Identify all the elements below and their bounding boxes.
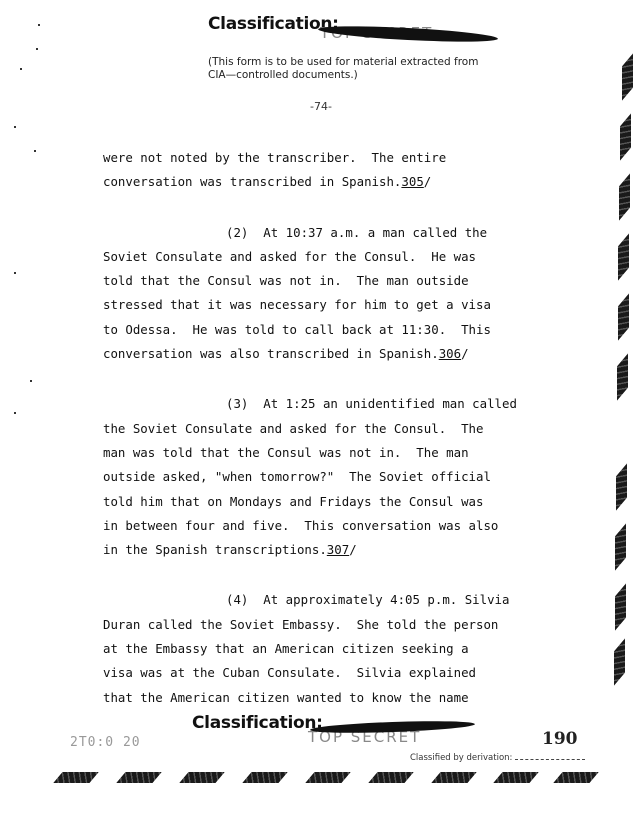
scan-speck [14, 272, 16, 274]
text-line: were not noted by the transcriber. The e… [103, 146, 543, 170]
line-text: the Soviet Consulate and asked for the C… [103, 421, 483, 436]
text-line: told him that on Mondays and Fridays the… [103, 490, 543, 514]
text-line: (4) At approximately 4:05 p.m. Silvia [103, 588, 543, 612]
border-mark [431, 772, 476, 783]
line-text: in between four and five. This conversat… [103, 518, 498, 533]
paragraph-gap [103, 366, 543, 392]
line-text: that the American citizen wanted to know… [103, 690, 469, 705]
line-text: (3) At 1:25 an unidentified man called [226, 396, 517, 411]
text-line: at the Embassy that an American citizen … [103, 637, 543, 661]
line-text: stressed that it was necessary for him t… [103, 297, 491, 312]
border-mark [305, 772, 350, 783]
text-line: Soviet Consulate and asked for the Consu… [103, 245, 543, 269]
line-text: to Odessa. He was told to call back at 1… [103, 322, 491, 337]
border-mark [242, 772, 287, 783]
text-line: man was told that the Consul was not in.… [103, 441, 543, 465]
text-line: told that the Consul was not in. The man… [103, 269, 543, 293]
border-mark [615, 583, 626, 630]
body-text: were not noted by the transcriber. The e… [103, 146, 543, 710]
scan-speck [30, 380, 32, 382]
paragraph: (3) At 1:25 an unidentified man calledth… [103, 392, 543, 562]
border-mark [617, 353, 628, 400]
border-mark [622, 53, 633, 100]
bottom-border-marks [58, 772, 578, 788]
derivation-label: Classified by derivation: [410, 753, 512, 763]
text-line: conversation was also transcribed in Spa… [103, 342, 543, 366]
derivation-blank [515, 759, 585, 760]
paragraph: were not noted by the transcriber. The e… [103, 146, 543, 195]
scan-speck [34, 150, 36, 152]
scan-speck [14, 126, 16, 128]
document-number: 190 [542, 729, 578, 749]
footnote-slash: / [424, 174, 431, 189]
scan-speck [20, 68, 22, 70]
text-line: in the Spanish transcriptions.307/ [103, 538, 543, 562]
footnote-reference: 305 [401, 174, 423, 189]
line-text: (4) At approximately 4:05 p.m. Silvia [226, 592, 509, 607]
border-mark [616, 463, 627, 510]
line-text: man was told that the Consul was not in.… [103, 445, 469, 460]
footnote-slash: / [461, 346, 468, 361]
line-text: visa was at the Cuban Consulate. Silvia … [103, 665, 476, 680]
text-line: stressed that it was necessary for him t… [103, 293, 543, 317]
document-page: Classification: TOP SECRET (This form is… [0, 0, 638, 824]
text-line: to Odessa. He was told to call back at 1… [103, 318, 543, 342]
footnote-slash: / [349, 542, 356, 557]
border-mark [53, 772, 98, 783]
line-text: Soviet Consulate and asked for the Consu… [103, 249, 476, 264]
text-line: outside asked, "when tomorrow?" The Sovi… [103, 465, 543, 489]
line-text: at the Embassy that an American citizen … [103, 641, 469, 656]
border-mark [553, 772, 598, 783]
text-line: (3) At 1:25 an unidentified man called [103, 392, 543, 416]
border-mark [179, 772, 224, 783]
line-text: outside asked, "when tomorrow?" The Sovi… [103, 469, 491, 484]
border-mark [619, 173, 630, 220]
text-line: in between four and five. This conversat… [103, 514, 543, 538]
scan-speck [36, 48, 38, 50]
footnote-reference: 306 [439, 346, 461, 361]
text-line: that the American citizen wanted to know… [103, 686, 543, 710]
footnote-reference: 307 [327, 542, 349, 557]
scan-speck [14, 412, 16, 414]
text-line: (2) At 10:37 a.m. a man called the [103, 221, 543, 245]
line-text: in the Spanish transcriptions. [103, 542, 327, 557]
line-text: were not noted by the transcriber. The e… [103, 150, 446, 165]
text-line: conversation was transcribed in Spanish.… [103, 170, 543, 194]
line-text: conversation was also transcribed in Spa… [103, 346, 439, 361]
page-number: -74- [310, 100, 332, 113]
border-mark [116, 772, 161, 783]
right-border-marks [610, 50, 634, 710]
border-mark [615, 523, 626, 570]
border-mark [493, 772, 538, 783]
border-mark [618, 233, 629, 280]
form-note: (This form is to be used for material ex… [208, 56, 498, 82]
border-mark [614, 638, 625, 685]
text-line: visa was at the Cuban Consulate. Silvia … [103, 661, 543, 685]
border-mark [618, 293, 629, 340]
border-mark [620, 113, 631, 160]
line-text: conversation was transcribed in Spanish. [103, 174, 401, 189]
derivation-line: Classified by derivation: [410, 753, 585, 763]
line-text: Duran called the Soviet Embassy. She tol… [103, 617, 498, 632]
paragraph: (4) At approximately 4:05 p.m. SilviaDur… [103, 588, 543, 709]
paragraph-gap [103, 195, 543, 221]
text-line: Duran called the Soviet Embassy. She tol… [103, 613, 543, 637]
footer-stamp: 2T0:0 20 [70, 735, 141, 750]
paragraph: (2) At 10:37 a.m. a man called theSoviet… [103, 221, 543, 367]
line-text: told him that on Mondays and Fridays the… [103, 494, 483, 509]
line-text: (2) At 10:37 a.m. a man called the [226, 225, 487, 240]
text-line: the Soviet Consulate and asked for the C… [103, 417, 543, 441]
footer-classification-label: Classification: [192, 713, 323, 733]
scan-speck [38, 24, 40, 26]
line-text: told that the Consul was not in. The man… [103, 273, 469, 288]
border-mark [368, 772, 413, 783]
paragraph-gap [103, 562, 543, 588]
